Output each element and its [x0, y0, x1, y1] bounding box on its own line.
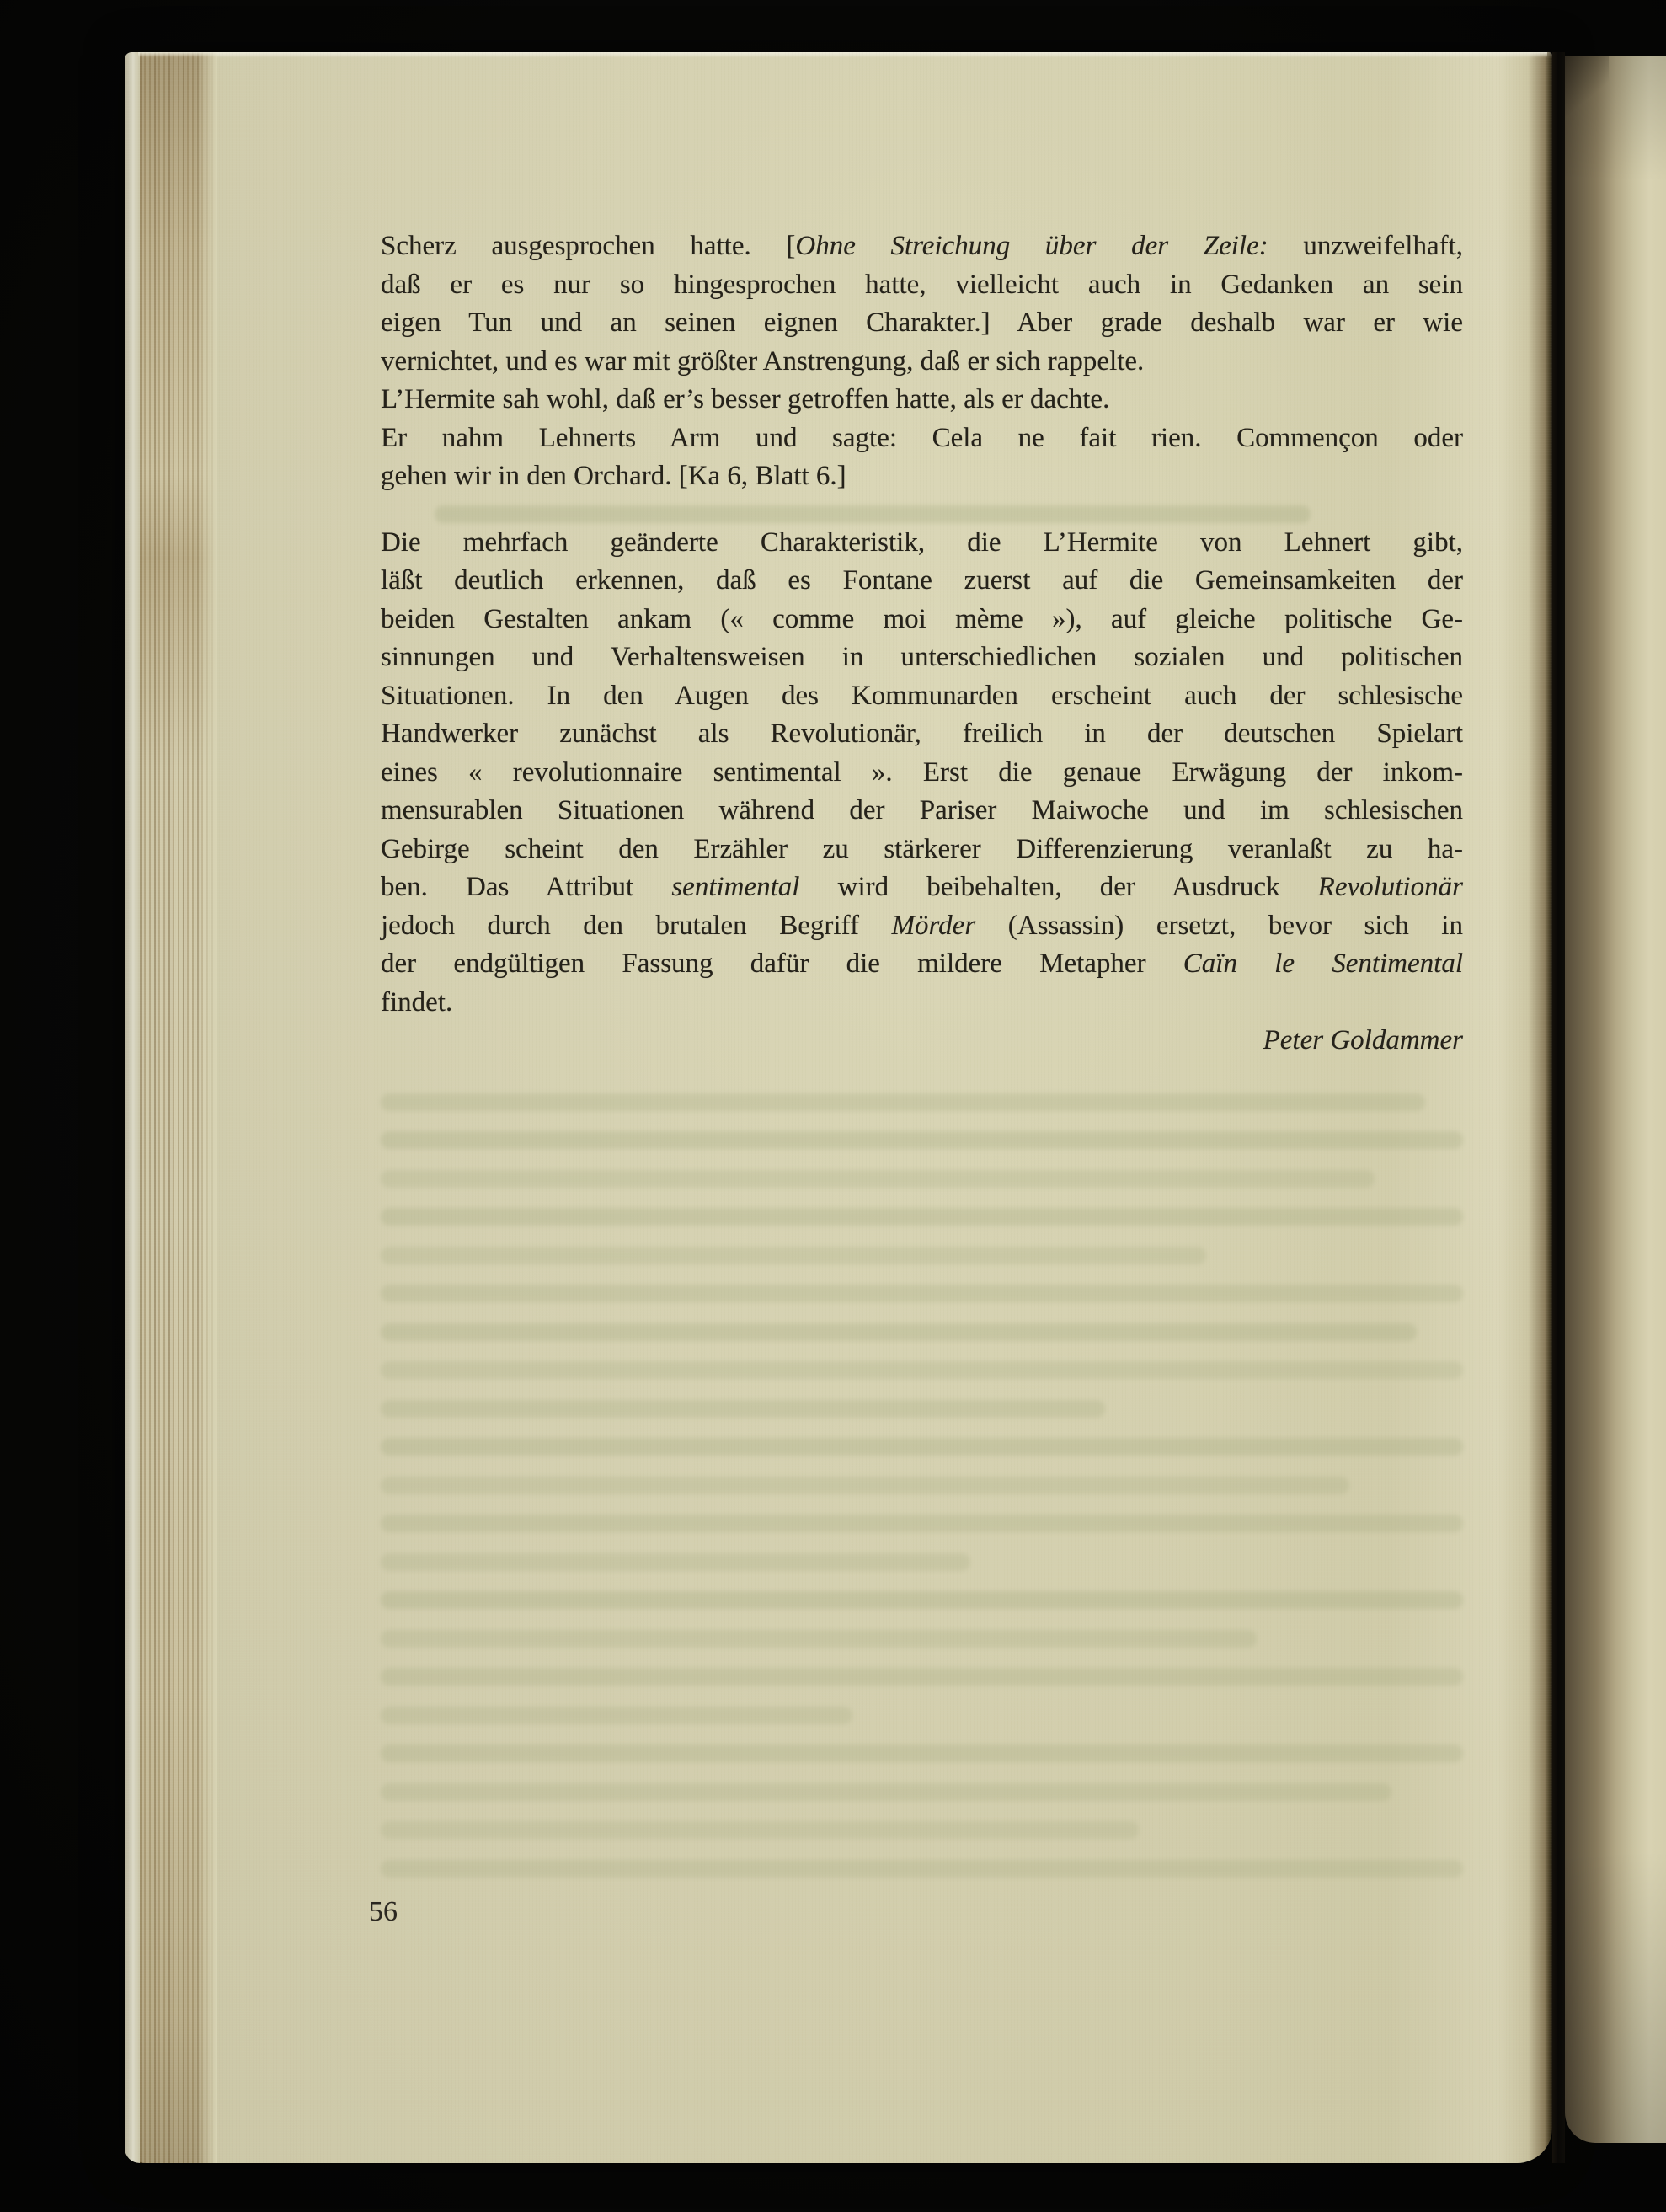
text-line: Gebirge scheint den Erzähler zu stärkere… [381, 831, 1463, 869]
facing-page-edge [1565, 56, 1666, 2143]
text-line: findet. [381, 984, 1463, 1023]
gutter-shadow [1552, 52, 1565, 2163]
text-segment: gehen wir in den Orchard. [Ka 6, Blatt 6… [381, 461, 846, 491]
text-segment: jedoch durch den brutalen Begriff [381, 911, 892, 941]
text-segment: beiden Gestalten ankam (« comme moi mème… [381, 604, 1463, 634]
text-line: Die mehrfach geänderte Charakteristik, d… [381, 524, 1463, 563]
text-segment: Gebirge scheint den Erzähler zu stärkere… [381, 834, 1463, 864]
text-line: beiden Gestalten ankam (« comme moi mème… [381, 601, 1463, 639]
text-line: jedoch durch den brutalen Begriff Mörder… [381, 907, 1463, 946]
text-column: Scherz ausgesprochen hatte. [Ohne Streic… [381, 227, 1463, 1061]
text-segment: Er nahm Lehnerts Arm und sagte: Cela ne … [381, 423, 1463, 453]
text-segment: eigen Tun und an seinen eignen Charakter… [381, 307, 1463, 338]
paragraph: L’Hermite sah wohl, daß er’s besser getr… [381, 381, 1463, 419]
italic-segment: Ohne Streichung über der Zeile: [795, 231, 1268, 261]
italic-segment: Mörder [892, 911, 976, 941]
text-line: vernichtet, und es war mit größter Anstr… [381, 343, 1463, 382]
text-line: mensurablen Situationen während der Pari… [381, 792, 1463, 831]
text-segment: eines « revolutionnaire sentimental ». E… [381, 757, 1463, 788]
page-outer-edge [125, 52, 140, 2163]
text-line: sinnungen und Verhaltensweisen in unters… [381, 638, 1463, 677]
text-line: eines « revolutionnaire sentimental ». E… [381, 754, 1463, 793]
text-segment: Handwerker zunächst als Revolutionär, fr… [381, 719, 1463, 749]
italic-segment: Revolutionär [1318, 872, 1463, 902]
text-line: Handwerker zunächst als Revolutionär, fr… [381, 715, 1463, 754]
paragraph: Er nahm Lehnerts Arm und sagte: Cela ne … [381, 419, 1463, 496]
text-line: läßt deutlich erkennen, daß es Fontane z… [381, 562, 1463, 601]
author-signature: Peter Goldammer [381, 1022, 1463, 1061]
text-segment: L’Hermite sah wohl, daß er’s besser getr… [381, 384, 1109, 414]
text-segment: (Assassin) ersetzt, bevor sich in [975, 911, 1463, 941]
paragraph: Die mehrfach geänderte Charakteristik, d… [381, 524, 1463, 1023]
page-top-edge-highlight [138, 52, 1547, 57]
text-line: gehen wir in den Orchard. [Ka 6, Blatt 6… [381, 457, 1463, 496]
text-segment: daß er es nur so hingesprochen hatte, vi… [381, 270, 1463, 300]
book-scan-stage: Scherz ausgesprochen hatte. [Ohne Streic… [0, 0, 1666, 2212]
page-number: 56 [369, 1895, 398, 1929]
text-line: Scherz ausgesprochen hatte. [Ohne Streic… [381, 227, 1463, 266]
text-line: eigen Tun und an seinen eignen Charakter… [381, 304, 1463, 343]
text-segment: sinnungen und Verhaltensweisen in unters… [381, 642, 1463, 672]
text-line: der endgültigen Fassung dafür die milder… [381, 945, 1463, 984]
text-segment: ben. Das Attribut [381, 872, 671, 902]
fore-edge-page-stack [140, 52, 217, 2163]
text-segment: unzweifelhaft, [1268, 231, 1463, 261]
text-line: Situationen. In den Augen des Kommunarde… [381, 677, 1463, 716]
text-line: L’Hermite sah wohl, daß er’s besser getr… [381, 381, 1463, 419]
text-segment: vernichtet, und es war mit größter Anstr… [381, 346, 1144, 377]
text-segment: Die mehrfach geänderte Charakteristik, d… [381, 527, 1463, 558]
text-segment: der endgültigen Fassung dafür die milder… [381, 948, 1183, 979]
text-segment: Scherz ausgesprochen hatte. [ [381, 231, 795, 261]
text-segment: wird beibehalten, der Ausdruck [799, 872, 1317, 902]
text-line: daß er es nur so hingesprochen hatte, vi… [381, 266, 1463, 305]
text-line: ben. Das Attribut sentimental wird beibe… [381, 868, 1463, 907]
italic-segment: Caïn le Sentimental [1183, 948, 1463, 979]
text-segment: findet. [381, 987, 452, 1018]
text-segment: mensurablen Situationen während der Pari… [381, 795, 1463, 825]
text-line: Er nahm Lehnerts Arm und sagte: Cela ne … [381, 419, 1463, 458]
italic-segment: sentimental [671, 872, 799, 902]
paragraph: Scherz ausgesprochen hatte. [Ohne Streic… [381, 227, 1463, 381]
text-segment: Situationen. In den Augen des Kommunarde… [381, 681, 1463, 711]
text-segment: läßt deutlich erkennen, daß es Fontane z… [381, 565, 1463, 596]
